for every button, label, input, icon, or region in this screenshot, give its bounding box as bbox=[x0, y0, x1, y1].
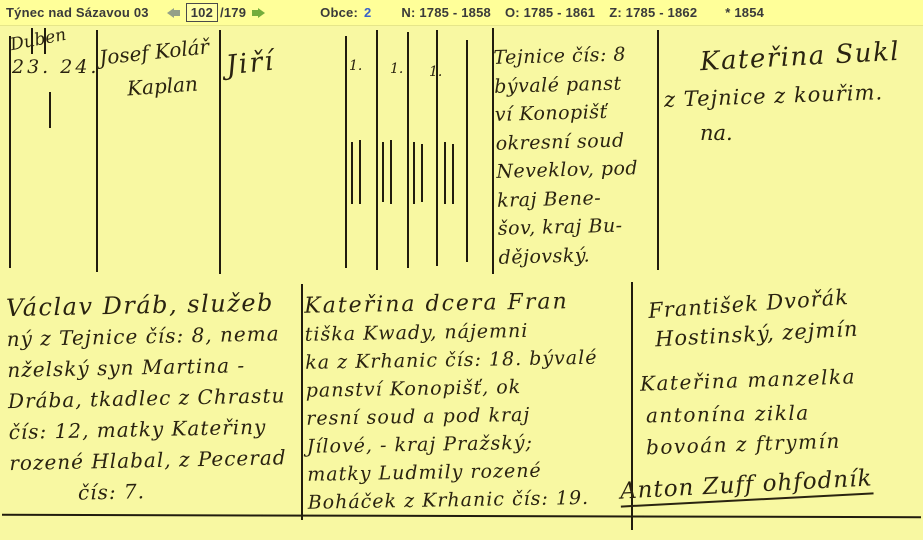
witness-signature: bovoán z ftrymín bbox=[646, 429, 842, 460]
handwritten-line: Neveklov, pod bbox=[496, 154, 638, 186]
table-rule bbox=[219, 30, 221, 274]
table-rule bbox=[657, 30, 659, 270]
tally-mark: 1. bbox=[349, 58, 362, 74]
next-page-button[interactable] bbox=[252, 8, 265, 18]
arrow-right-icon bbox=[252, 8, 265, 18]
handwritten-line: okresní soud bbox=[495, 126, 637, 158]
table-rule bbox=[359, 140, 361, 204]
handwritten-line: Boháček z Krhanic čís: 19. bbox=[307, 483, 627, 517]
toolbar: Týnec nad Sázavou 03 102 /179 Obce: 2 N:… bbox=[0, 0, 923, 26]
obce-count-link[interactable]: 2 bbox=[364, 5, 371, 20]
page-number-input[interactable]: 102 bbox=[186, 3, 218, 22]
record-midwife-name: Kateřina Sukl bbox=[699, 37, 900, 77]
table-rule bbox=[466, 40, 468, 262]
record-midwife-origin-cont: na. bbox=[700, 121, 733, 145]
handwritten-line: bývalé panst bbox=[494, 69, 636, 101]
prev-page-button[interactable] bbox=[167, 8, 180, 18]
table-rule bbox=[376, 30, 378, 270]
table-rule bbox=[421, 144, 423, 202]
table-rule bbox=[49, 92, 51, 128]
year-note-label: * 1854 bbox=[725, 5, 764, 20]
witness-signature: Kateřina manzelka bbox=[640, 364, 857, 396]
witness-signature: Hostinský, zejmín bbox=[655, 317, 859, 352]
record-birthplace: Tejnice čís: 8 bývalé panst ví Konopišť … bbox=[493, 40, 641, 272]
handwritten-line: rozené Hlabal, z Pecerad bbox=[9, 442, 305, 479]
handwritten-line: ka z Krhanic čís: 18. bývalé bbox=[305, 343, 625, 377]
record-date-month: Duben bbox=[9, 25, 68, 55]
handwritten-line: ví Konopišť bbox=[495, 97, 637, 129]
record-mother: Kateřina dcera Fran tiška Kwady, nájemni… bbox=[304, 287, 628, 517]
handwritten-line: šov, kraj Bu- bbox=[498, 211, 640, 243]
record-date-days: 23. 24. bbox=[12, 56, 99, 78]
table-rule bbox=[407, 32, 409, 268]
record-priest-name: Josef Kolář bbox=[98, 34, 210, 69]
handwritten-line: dějovský. bbox=[498, 240, 640, 272]
arrow-left-icon bbox=[167, 8, 180, 18]
tally-mark: 1. bbox=[390, 61, 403, 77]
table-rule bbox=[345, 36, 347, 268]
record-father: Václav Dráb, služeb ný z Tejnice čís: 8,… bbox=[6, 287, 305, 510]
witness-signature-underlined: Anton Zuff ohfodník bbox=[619, 465, 873, 507]
table-rule bbox=[2, 514, 921, 518]
table-rule bbox=[382, 142, 384, 202]
page-total-label: /179 bbox=[220, 5, 246, 20]
table-rule bbox=[390, 140, 392, 204]
record-midwife-origin: z Tejnice z kouřim. bbox=[664, 80, 884, 112]
witness-signature: antonína zikla bbox=[646, 401, 810, 428]
table-rule bbox=[452, 144, 454, 204]
handwritten-line: ný z Tejnice čís: 8, nema bbox=[6, 318, 302, 355]
tally-mark: 1. bbox=[429, 64, 442, 80]
n-range-label: N: 1785 - 1858 bbox=[401, 5, 491, 20]
table-rule bbox=[9, 36, 11, 268]
record-child-name: Jiří bbox=[225, 46, 277, 82]
handwritten-line: čís: 7. bbox=[10, 473, 306, 510]
register-title: Týnec nad Sázavou 03 bbox=[6, 5, 149, 20]
table-rule bbox=[444, 142, 446, 204]
scan-viewport[interactable]: Duben 23. 24. Josef Kolář Kaplan Jiří 1.… bbox=[0, 26, 923, 540]
handwritten-line: Tejnice čís: 8 bbox=[493, 40, 635, 72]
table-rule bbox=[413, 142, 415, 204]
o-range-label: O: 1785 - 1861 bbox=[505, 5, 595, 20]
z-range-label: Z: 1785 - 1862 bbox=[609, 5, 697, 20]
obce-label: Obce: bbox=[320, 5, 358, 20]
record-priest-title: Kaplan bbox=[126, 72, 198, 101]
handwritten-line: kraj Bene- bbox=[497, 183, 639, 215]
witness-signature: František Dvořák bbox=[647, 285, 849, 323]
table-rule bbox=[351, 142, 353, 204]
register-viewer-window: Týnec nad Sázavou 03 102 /179 Obce: 2 N:… bbox=[0, 0, 923, 540]
